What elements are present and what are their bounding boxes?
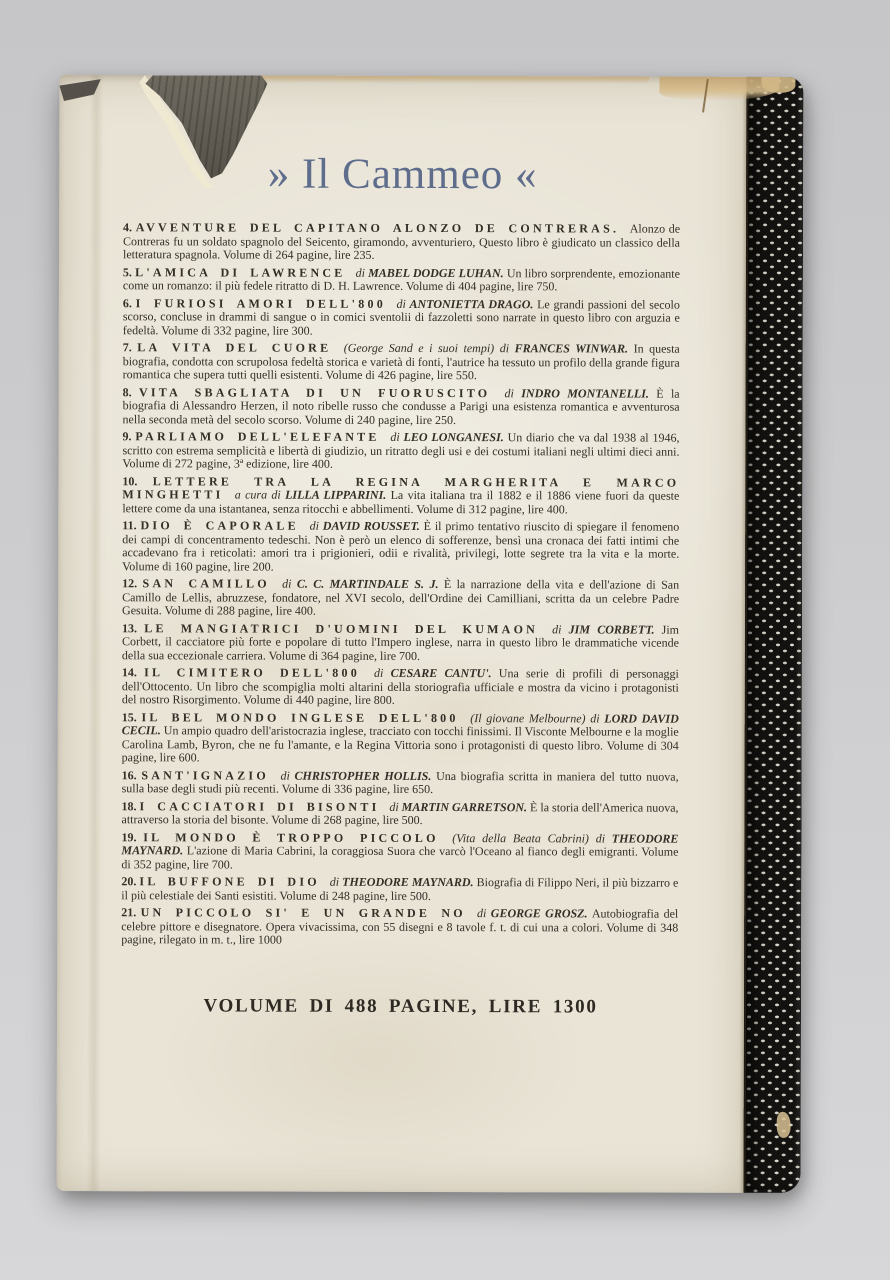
book-entry: 18. I CACCIATORI DI BISONTI di MARTIN GA… <box>121 800 678 828</box>
entry-by-label: di <box>330 875 342 889</box>
entry-author: LEO LONGANESI. <box>404 430 508 444</box>
entry-by-label: di <box>356 265 369 279</box>
entry-author: LILLA LIPPARINI. <box>285 488 391 502</box>
entry-author: CHRISTOPHER HOLLIS. <box>295 768 437 782</box>
entry-number: 8. <box>123 385 139 399</box>
entry-by-label: di <box>310 519 323 533</box>
entry-author: INDRO MONTANELLI. <box>521 386 656 400</box>
entry-number: 21. <box>121 905 140 919</box>
entry-number: 10. <box>122 474 152 488</box>
entry-description: L'azione di Maria Cabrini, la coraggiosa… <box>121 843 678 871</box>
entry-number: 5. <box>123 265 135 279</box>
entry-title: I FURIOSI AMORI DELL'800 <box>136 296 397 311</box>
book-entry: 13. LE MANGIATRICI D'UOMINI DEL KUMAON d… <box>122 622 679 664</box>
entry-number: 16. <box>122 768 142 782</box>
entry-by-label: di <box>282 577 297 591</box>
entry-by-label: a cura di <box>235 487 285 501</box>
entry-number: 19. <box>121 830 143 844</box>
entry-author: MABEL DODGE LUHAN. <box>368 265 507 279</box>
entry-author: MARTIN GARRETSON. <box>402 799 530 813</box>
entry-author: DAVID ROUSSET. <box>323 519 424 533</box>
entry-author: THEODORE MAYNARD. <box>342 875 477 889</box>
entry-number: 13. <box>122 621 144 635</box>
entry-title: IL CIMITERO DELL'800 <box>144 665 374 680</box>
entry-number: 18. <box>122 799 140 813</box>
entry-number: 6. <box>123 296 136 310</box>
entry-title: SANT'IGNAZIO <box>141 768 280 782</box>
entry-title: SAN CAMILLO <box>143 576 283 590</box>
entry-number: 9. <box>122 429 135 443</box>
footer-volume-info: VOLUME DI 488 PAGINE, LIRE 1300 <box>57 995 744 1019</box>
book-entry: 21. UN PICCOLO SI' E UN GRANDE NO di GEO… <box>121 906 678 948</box>
entry-by-label: di <box>596 831 612 845</box>
entry-author: FRANCES WINWAR. <box>515 341 634 355</box>
entry-author: ANTONIETTA DRAGO. <box>410 296 538 310</box>
entry-number: 15. <box>122 710 142 724</box>
entry-title: IL MONDO È TROPPO PICCOLO <box>143 830 452 845</box>
book-entry: 8. VITA SBAGLIATA DI UN FUORUSCITO di IN… <box>123 386 680 428</box>
entry-title: IL BUFFONE DI DIO <box>139 874 329 888</box>
book-entry: 10. LETTERE TRA LA REGINA MARGHERITA E M… <box>122 475 679 517</box>
entry-subtitle: (Vita della Beata Cabrini) <box>452 831 595 845</box>
book-entry: 5. L'AMICA DI LAWRENCE di MABEL DODGE LU… <box>123 266 680 294</box>
entry-number: 12. <box>122 576 142 590</box>
entry-number: 20. <box>121 874 139 888</box>
entry-title: DIO È CAPORALE <box>140 518 309 532</box>
entry-subtitle: (Il giovane Melbourne) <box>470 711 590 725</box>
book-entry: 7. LA VITA DEL CUORE (George Sand e i su… <box>123 341 680 383</box>
entry-by-label: di <box>374 666 391 680</box>
entry-number: 11. <box>122 518 140 532</box>
entry-author: JIM CORBETT. <box>569 622 662 636</box>
entry-by-label: di <box>505 386 522 400</box>
entry-number: 7. <box>123 340 138 354</box>
entry-title: I CACCIATORI DI BISONTI <box>140 799 390 814</box>
entry-description: Un ampio quadro dell'aristocrazia ingles… <box>122 723 679 764</box>
photo-background: » Il Cammeo « 4. AVVENTURE DEL CAPITANO … <box>0 0 890 1280</box>
entry-subtitle: (George Sand e i suoi tempi) <box>344 341 500 355</box>
book-entry: 20. IL BUFFONE DI DIO di THEODORE MAYNAR… <box>121 875 678 903</box>
entry-by-label: di <box>477 906 491 920</box>
book-entry: 16. SANT'IGNAZIO di CHRISTOPHER HOLLIS. … <box>122 769 679 797</box>
printed-cover-content: » Il Cammeo « 4. AVVENTURE DEL CAPITANO … <box>57 75 747 1193</box>
book-entry: 14. IL CIMITERO DELL'800 di CESARE CANTU… <box>122 666 679 708</box>
entry-title: LA VITA DEL CUORE <box>137 340 343 355</box>
entry-by-label: di <box>280 768 294 782</box>
entry-title: PARLIAMO DELL'ELEFANTE <box>135 429 390 444</box>
entry-by-label: di <box>590 711 604 725</box>
entry-by-label: di <box>389 799 401 813</box>
book-entry: 9. PARLIAMO DELL'ELEFANTE di LEO LONGANE… <box>122 430 679 472</box>
book-entry: 15. IL BEL MONDO INGLESE DELL'800 (Il gi… <box>122 711 679 766</box>
entry-title: L'AMICA DI LAWRENCE <box>135 265 356 280</box>
torn-spine-top <box>761 77 795 93</box>
entry-number: 4. <box>123 220 136 234</box>
entry-by-label: di <box>552 622 569 636</box>
book-spine-cloth <box>744 77 804 1193</box>
book-series-list: 4. AVVENTURE DEL CAPITANO ALONZO DE CONT… <box>57 221 746 948</box>
book-entry: 6. I FURIOSI AMORI DELL'800 di ANTONIETT… <box>123 297 680 339</box>
entry-by-label: di <box>396 296 409 310</box>
book-entry: 19. IL MONDO È TROPPO PICCOLO (Vita dell… <box>121 831 678 873</box>
book-back-cover: » Il Cammeo « 4. AVVENTURE DEL CAPITANO … <box>57 75 804 1193</box>
entry-by-label: di <box>500 341 515 355</box>
book-entry: 12. SAN CAMILLO di C. C. MARTINDALE S. J… <box>122 577 679 619</box>
entry-number: 14. <box>122 665 144 679</box>
book-entry: 4. AVVENTURE DEL CAPITANO ALONZO DE CONT… <box>123 221 680 263</box>
entry-author: GEORGE GROSZ. <box>491 906 592 920</box>
book-entry: 11. DIO È CAPORALE di DAVID ROUSSET. È i… <box>122 519 679 574</box>
entry-author: CESARE CANTU'. <box>391 666 499 680</box>
entry-author: C. C. MARTINDALE S. J. <box>297 577 444 591</box>
entry-by-label: di <box>390 430 403 444</box>
torn-spine-spot <box>777 1112 791 1138</box>
series-title: » Il Cammeo « <box>59 145 746 205</box>
